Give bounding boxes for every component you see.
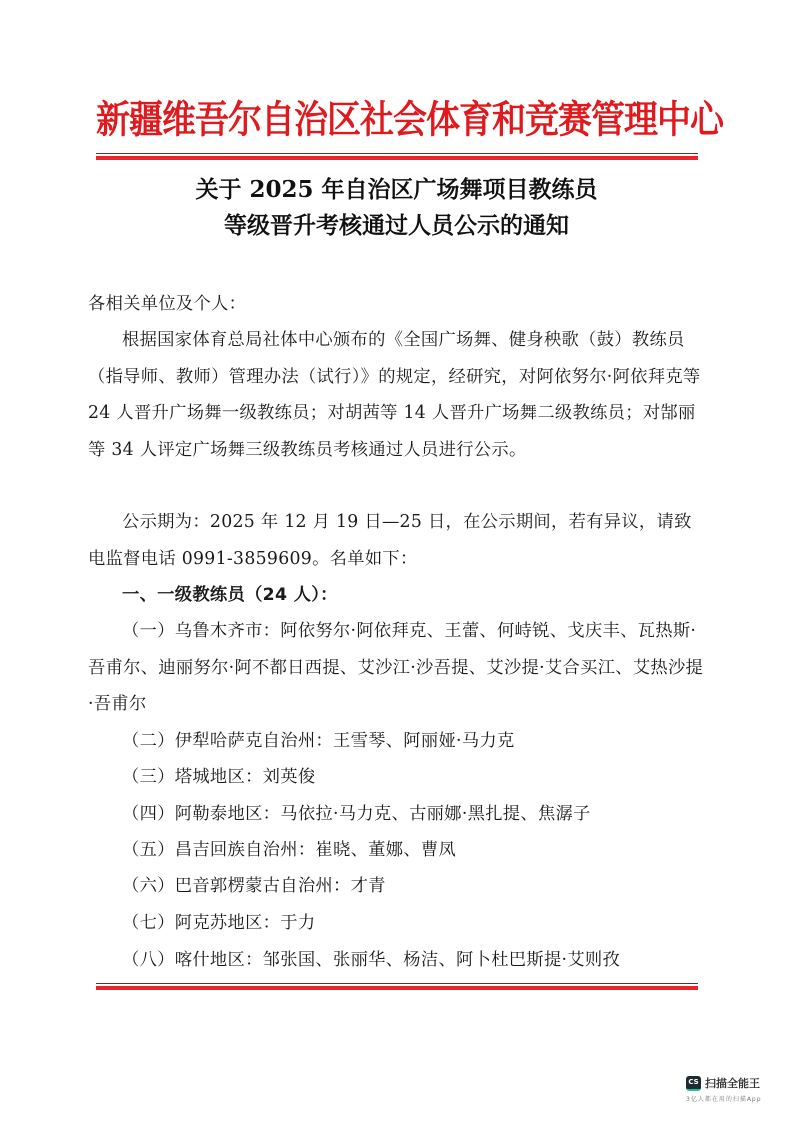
region-label: （二）伊犁哈萨克自治州： — [122, 731, 333, 751]
salutation: 各相关单位及个人： — [88, 286, 708, 322]
region-item-bayingolin: （六）巴音郭楞蒙古自治州：才青 — [122, 868, 742, 904]
region-label: （四）阿勒泰地区： — [122, 804, 280, 824]
footer-divider-thick — [96, 986, 698, 990]
region-names: 崔晓、董娜、曹凤 — [315, 840, 456, 860]
document-page: 新疆维吾尔自治区社会体育和竞赛管理中心 关于 2025 年自治区广场舞项目教练员… — [0, 0, 793, 1122]
watermark-app-name: 扫描全能王 — [705, 1075, 760, 1091]
organization-letterhead: 新疆维吾尔自治区社会体育和竞赛管理中心 — [96, 95, 696, 144]
region-label: （五）昌吉回族自治州： — [122, 840, 315, 860]
scanner-watermark: CS 扫描全能王 3亿人都在用的扫描App — [686, 1075, 786, 1103]
region-item-aksu: （七）阿克苏地区：于力 — [122, 905, 742, 941]
region-names: 才青 — [351, 876, 386, 896]
region-names: 邹张国、张丽华、杨洁、阿卜杜巴斯提·艾则孜 — [263, 950, 620, 970]
region-names: 于力 — [280, 913, 315, 933]
camscanner-logo-icon: CS — [686, 1076, 701, 1091]
region-names: 刘英俊 — [263, 767, 316, 787]
region-item-changji: （五）昌吉回族自治州：崔晓、董娜、曹凤 — [122, 832, 742, 868]
notice-title-line2: 等级晋升考核通过人员公示的通知 — [100, 211, 693, 241]
letterhead-divider-thick — [96, 156, 698, 160]
region-label: （三）塔城地区： — [122, 767, 263, 787]
region-item-kashgar: （八）喀什地区：邹张国、张丽华、杨洁、阿卜杜巴斯提·艾则孜 — [122, 942, 742, 978]
region-names: 王雪琴、阿丽娅·马力克 — [333, 731, 515, 751]
publicity-period-paragraph: 公示期为：2025 年 12 月 19 日—25 日，在公示期间，若有异议，请致… — [88, 504, 708, 577]
region-item-yili: （二）伊犁哈萨克自治州：王雪琴、阿丽娅·马力克 — [122, 723, 742, 759]
region-item-altay: （四）阿勒泰地区：马依拉·马力克、古丽娜·黑扎提、焦潺子 — [122, 796, 742, 832]
watermark-tagline: 3亿人都在用的扫描App — [686, 1094, 786, 1103]
footer-divider-thin — [96, 983, 698, 984]
intro-paragraph: 根据国家体育总局社体中心颁布的《全国广场舞、健身秧歌（鼓）教练员（指导师、教师）… — [88, 322, 708, 468]
region-label: （六）巴音郭楞蒙古自治州： — [122, 876, 351, 896]
region-item-tacheng: （三）塔城地区：刘英俊 — [122, 759, 742, 795]
section-heading-level1-coaches: 一、一级教练员（24 人）： — [122, 577, 742, 613]
region-names: 马依拉·马力克、古丽娜·黑扎提、焦潺子 — [280, 804, 590, 824]
region-item-urumqi: （一）乌鲁木齐市：阿依努尔·阿依拜克、王蕾、何峙锐、戈庆丰、瓦热斯·吾甫尔、迪丽… — [88, 613, 708, 723]
notice-title-line1: 关于 2025 年自治区广场舞项目教练员 — [100, 175, 693, 205]
region-label: （一）乌鲁木齐市： — [122, 621, 280, 641]
letterhead-divider-thin — [96, 153, 698, 154]
region-label: （七）阿克苏地区： — [122, 913, 280, 933]
region-label: （八）喀什地区： — [122, 950, 263, 970]
